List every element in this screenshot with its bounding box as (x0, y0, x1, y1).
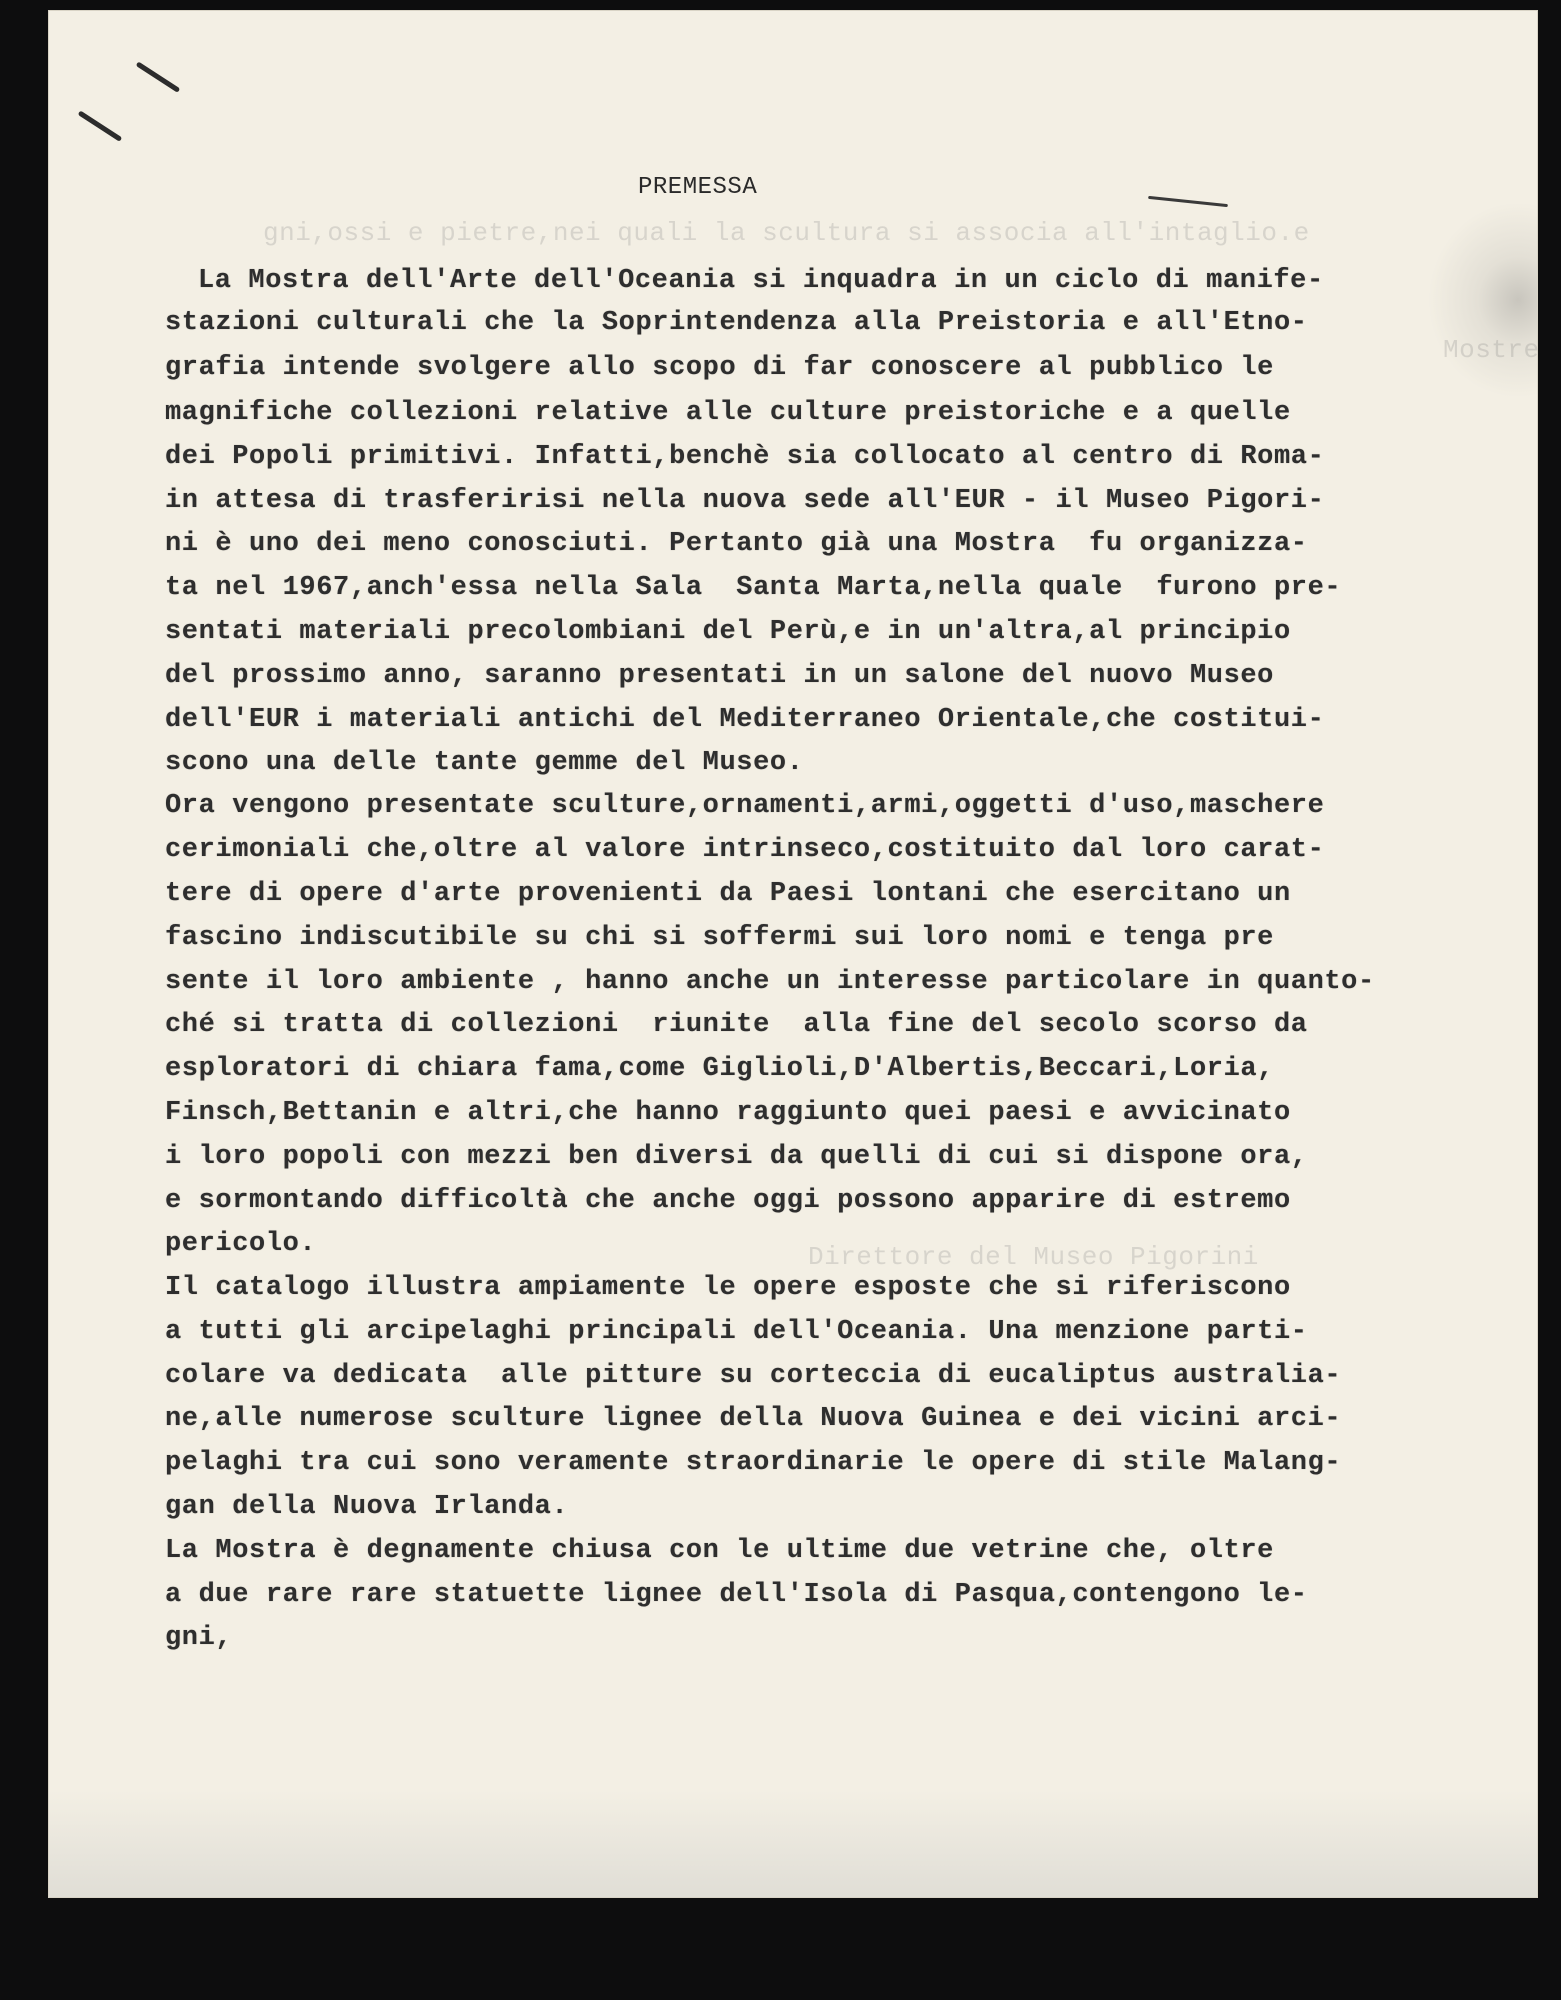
text-line: a due rare rare statuette lignee dell'Is… (165, 1582, 1308, 1609)
bleed-through-text: Direttore del Museo Pigorini (808, 1242, 1259, 1272)
text-line: gni, (165, 1625, 232, 1652)
bleed-through-text: Mostre (1443, 335, 1540, 365)
text-line: del prossimo anno, saranno presentati in… (165, 663, 1274, 690)
typed-document-page: gni,ossi e pietre,nei quali la scultura … (48, 10, 1538, 1898)
text-line: scono una delle tante gemme del Museo. (165, 750, 804, 777)
text-line: sentati materiali precolombiani del Perù… (165, 619, 1291, 646)
text-line: magnifiche collezioni relative alle cult… (165, 400, 1291, 427)
text-line: pelaghi tra cui sono veramente straordin… (165, 1450, 1341, 1477)
text-line: La Mostra è degnamente chiusa con le ult… (165, 1538, 1274, 1565)
text-line: e sormontando difficoltà che anche oggi … (165, 1188, 1291, 1215)
text-line: Finsch,Bettanin e altri,che hanno raggiu… (165, 1100, 1291, 1127)
text-line: cerimoniali che,oltre al valore intrinse… (165, 837, 1324, 864)
text-line: ni è uno dei meno conosciuti. Pertanto g… (165, 531, 1308, 558)
bleed-through-text: gni,ossi e pietre,nei quali la scultura … (263, 218, 1310, 248)
page-title: PREMESSA (638, 174, 757, 201)
text-line: Ora vengono presentate sculture,ornament… (165, 793, 1324, 820)
text-line: a tutti gli arcipelaghi principali dell'… (165, 1319, 1308, 1346)
text-line: grafia intende svolgere allo scopo di fa… (165, 355, 1274, 382)
text-line: ché si tratta di collezioni riunite alla… (165, 1012, 1308, 1039)
pen-mark (1148, 196, 1228, 207)
text-line: i loro popoli con mezzi ben diversi da q… (165, 1144, 1308, 1171)
text-line: in attesa di trasferirisi nella nuova se… (165, 488, 1324, 515)
text-line: Il catalogo illustra ampiamente le opere… (165, 1275, 1291, 1302)
staple-mark (78, 110, 123, 141)
text-line: stazioni culturali che la Soprintendenza… (165, 310, 1308, 337)
text-line: colare va dedicata alle pitture su corte… (165, 1363, 1341, 1390)
text-line: sente il loro ambiente , hanno anche un … (165, 969, 1375, 996)
text-line: ne,alle numerose sculture lignee della N… (165, 1406, 1341, 1433)
text-line: La Mostra dell'Arte dell'Oceania si inqu… (198, 268, 1324, 295)
text-line: dei Popoli primitivi. Infatti,benchè sia… (165, 444, 1324, 471)
text-line: dell'EUR i materiali antichi del Mediter… (165, 707, 1324, 734)
text-line: gan della Nuova Irlanda. (165, 1494, 568, 1521)
text-line: ta nel 1967,anch'essa nella Sala Santa M… (165, 575, 1341, 602)
staple-mark (136, 61, 181, 92)
text-line: esploratori di chiara fama,come Giglioli… (165, 1056, 1274, 1083)
text-line: tere di opere d'arte provenienti da Paes… (165, 881, 1291, 908)
text-line: pericolo. (165, 1231, 316, 1258)
text-line: fascino indiscutibile su chi si soffermi… (165, 925, 1274, 952)
